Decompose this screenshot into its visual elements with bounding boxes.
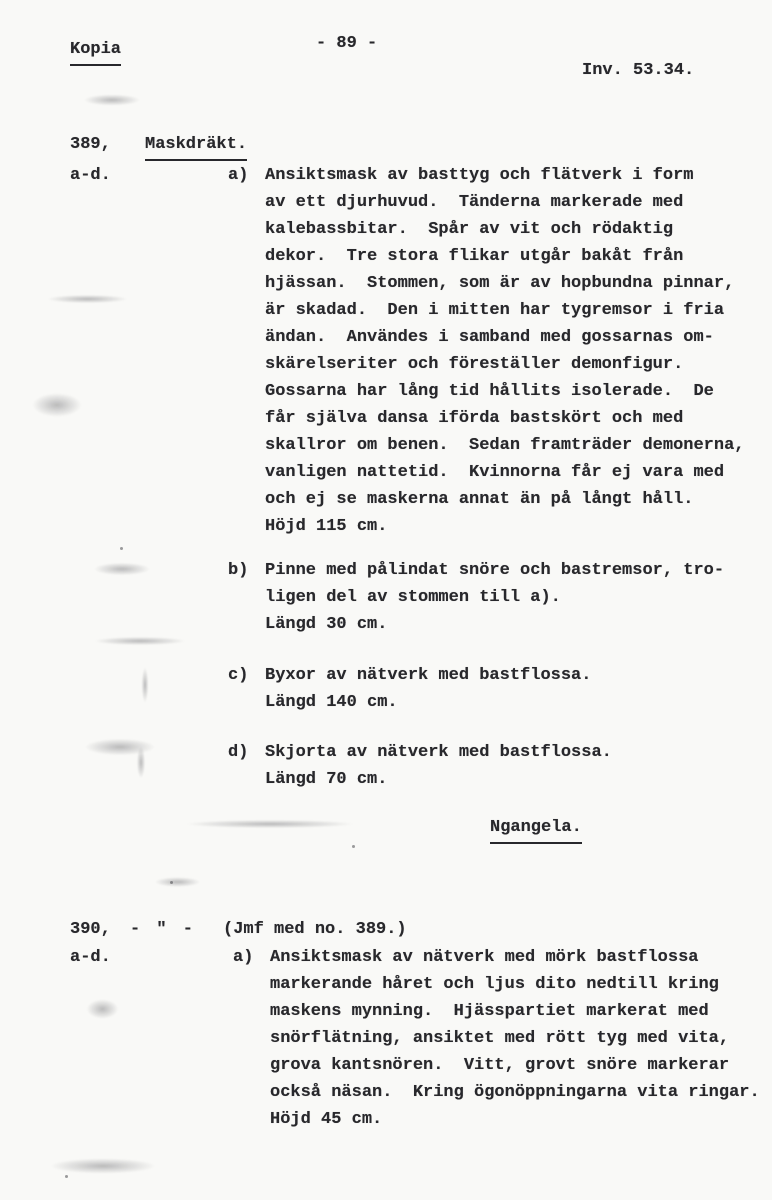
scan-smudge: [28, 1155, 178, 1177]
catalog-entry-389: 389, Maskdräkt. a-d. a) Ansiktsmask av b…: [70, 131, 760, 793]
entry-header: 390, - " - (Jmf med no. 389.): [70, 916, 770, 943]
cross-reference: (Jmf med no. 389.): [223, 916, 407, 943]
entry-body: a-d. a) Ansiktsmask av basttyg och flätv…: [70, 162, 760, 793]
entry-number: 389,: [70, 131, 145, 158]
ethnic-group-label: Ngangela.: [490, 814, 582, 844]
entry-items: a) Ansiktsmask av nätverk med mörk bastf…: [233, 944, 770, 1133]
entry-items: a) Ansiktsmask av basttyg och flätverk i…: [228, 162, 760, 793]
entry-subrange: a-d.: [70, 162, 111, 189]
entry-number: 390,: [70, 916, 130, 943]
scan-speck: [352, 845, 355, 848]
entry-body: a-d. a) Ansiktsmask av nätverk med mörk …: [70, 944, 770, 1133]
item-389b: b) Pinne med pålindat snöre och bastrems…: [228, 557, 760, 638]
item-letter: a): [233, 944, 270, 971]
page-number: - 89 -: [316, 30, 377, 57]
ditto-mark: - " -: [130, 916, 223, 943]
scanned-catalog-page: Kopia - 89 - Inv. 53.34. 389, Maskdräkt.…: [0, 0, 772, 1200]
item-389d: d) Skjorta av nätverk med bastflossa. Lä…: [228, 739, 760, 793]
item-letter: a): [228, 162, 265, 189]
copy-label: Kopia: [70, 36, 121, 66]
item-letter: d): [228, 739, 265, 766]
scan-smudge: [150, 818, 390, 830]
item-description: Byxor av nätverk med bastflossa. Längd 1…: [265, 662, 591, 716]
entry-header: 389, Maskdräkt.: [70, 131, 760, 161]
catalog-entry-390: 390, - " - (Jmf med no. 389.) a-d. a) An…: [70, 916, 770, 1133]
scan-smudge: [145, 875, 210, 889]
item-389a: a) Ansiktsmask av basttyg och flätverk i…: [228, 162, 760, 540]
item-description: Pinne med pålindat snöre och bastremsor,…: [265, 557, 724, 638]
item-letter: c): [228, 662, 265, 689]
entry-title: Maskdräkt.: [145, 131, 247, 161]
entry-subrange: a-d.: [70, 944, 111, 971]
inventory-number: Inv. 53.34.: [582, 57, 694, 84]
item-letter: b): [228, 557, 265, 584]
item-description: Ansiktsmask av nätverk med mörk bastflos…: [270, 944, 760, 1133]
scan-smudge: [72, 92, 152, 108]
scan-speck: [65, 1175, 68, 1178]
item-description: Skjorta av nätverk med bastflossa. Längd…: [265, 739, 612, 793]
item-389c: c) Byxor av nätverk med bastflossa. Läng…: [228, 662, 760, 716]
item-description: Ansiktsmask av basttyg och flätverk i fo…: [265, 162, 744, 540]
item-390a: a) Ansiktsmask av nätverk med mörk bastf…: [233, 944, 770, 1133]
scan-speck: [170, 881, 173, 884]
